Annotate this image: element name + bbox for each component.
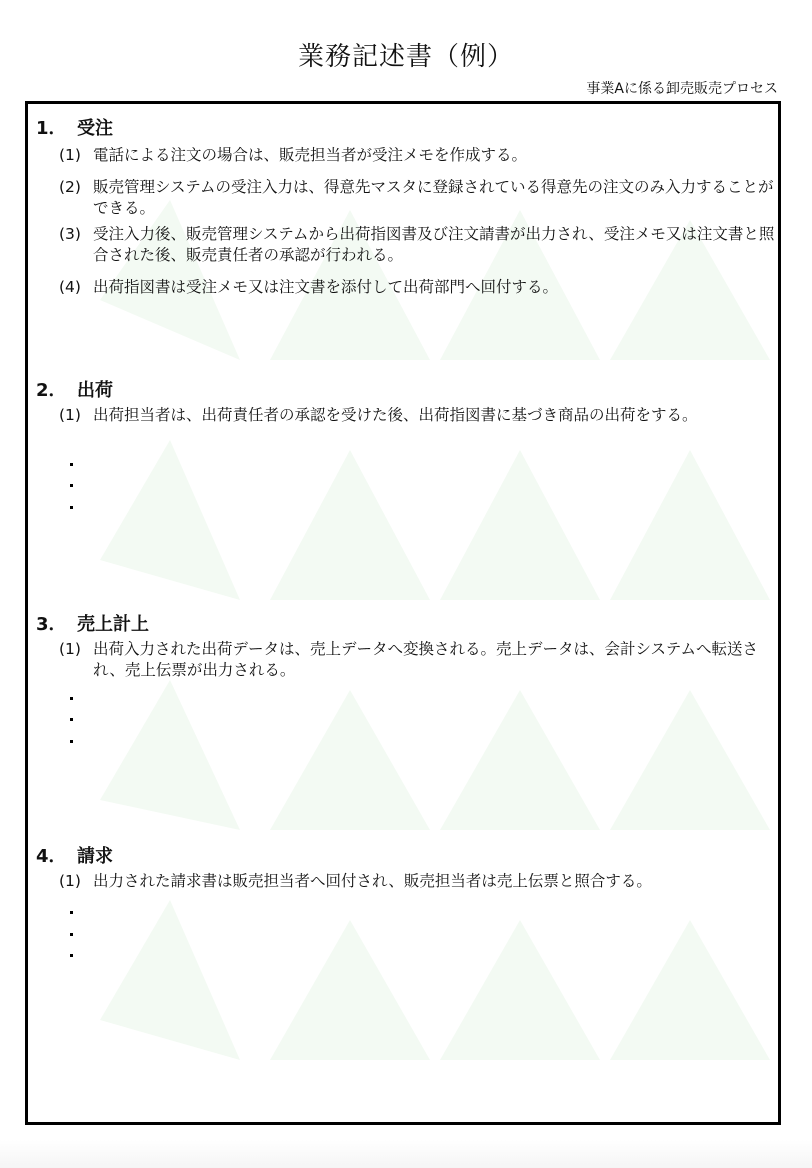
section-title: 受注 — [77, 118, 113, 139]
item-text: 電話による注文の場合は、販売担当者が受注メモを作成する。 — [93, 145, 775, 166]
continuation-dot — [70, 484, 73, 487]
section-heading: 2．出荷 — [36, 376, 113, 402]
section-number: 3． — [36, 610, 77, 636]
section-title: 請求 — [77, 846, 113, 867]
item-number: (1) — [59, 639, 81, 660]
document-subtitle: 事業Aに係る卸売販売プロセス — [586, 78, 778, 98]
continuation-dot — [70, 463, 73, 466]
continuation-dot — [70, 718, 73, 721]
section-heading: 1．受注 — [36, 114, 113, 140]
document-title: 業務記述書（例） — [0, 36, 812, 73]
continuation-dot — [70, 954, 73, 957]
continuation-dot — [70, 740, 73, 743]
section-heading: 3．売上計上 — [36, 610, 149, 636]
section-heading: 4．請求 — [36, 842, 113, 868]
item-text: 出荷入力された出荷データは、売上データへ変換される。売上データは、会計システムへ… — [93, 639, 775, 681]
item-text: 出力された請求書は販売担当者へ回付され、販売担当者は売上伝票と照合する。 — [93, 871, 775, 892]
item-number: (1) — [59, 405, 81, 426]
continuation-dot — [70, 911, 73, 914]
section-number: 4． — [36, 842, 77, 868]
item-number: (2) — [59, 177, 81, 198]
page-bottom-margin — [0, 1140, 812, 1168]
continuation-dot — [70, 506, 73, 509]
section-title: 出荷 — [77, 380, 113, 401]
section-number: 2． — [36, 376, 77, 402]
item-number: (4) — [59, 277, 81, 298]
item-text: 販売管理システムの受注入力は、得意先マスタに登録されている得意先の注文のみ入力す… — [93, 177, 775, 219]
continuation-dot — [70, 697, 73, 700]
description-frame: 1．受注 (1) 電話による注文の場合は、販売担当者が受注メモを作成する。 (2… — [25, 101, 781, 1125]
section-number: 1． — [36, 114, 77, 140]
item-number: (3) — [59, 224, 81, 245]
item-number: (1) — [59, 871, 81, 892]
item-number: (1) — [59, 145, 81, 166]
continuation-dot — [70, 933, 73, 936]
item-text: 出荷担当者は、出荷責任者の承認を受けた後、出荷指図書に基づき商品の出荷をする。 — [93, 405, 775, 426]
item-text: 受注入力後、販売管理システムから出荷指図書及び注文請書が出力され、受注メモ又は注… — [93, 224, 775, 266]
section-title: 売上計上 — [77, 614, 149, 635]
item-text: 出荷指図書は受注メモ又は注文書を添付して出荷部門へ回付する。 — [93, 277, 775, 298]
